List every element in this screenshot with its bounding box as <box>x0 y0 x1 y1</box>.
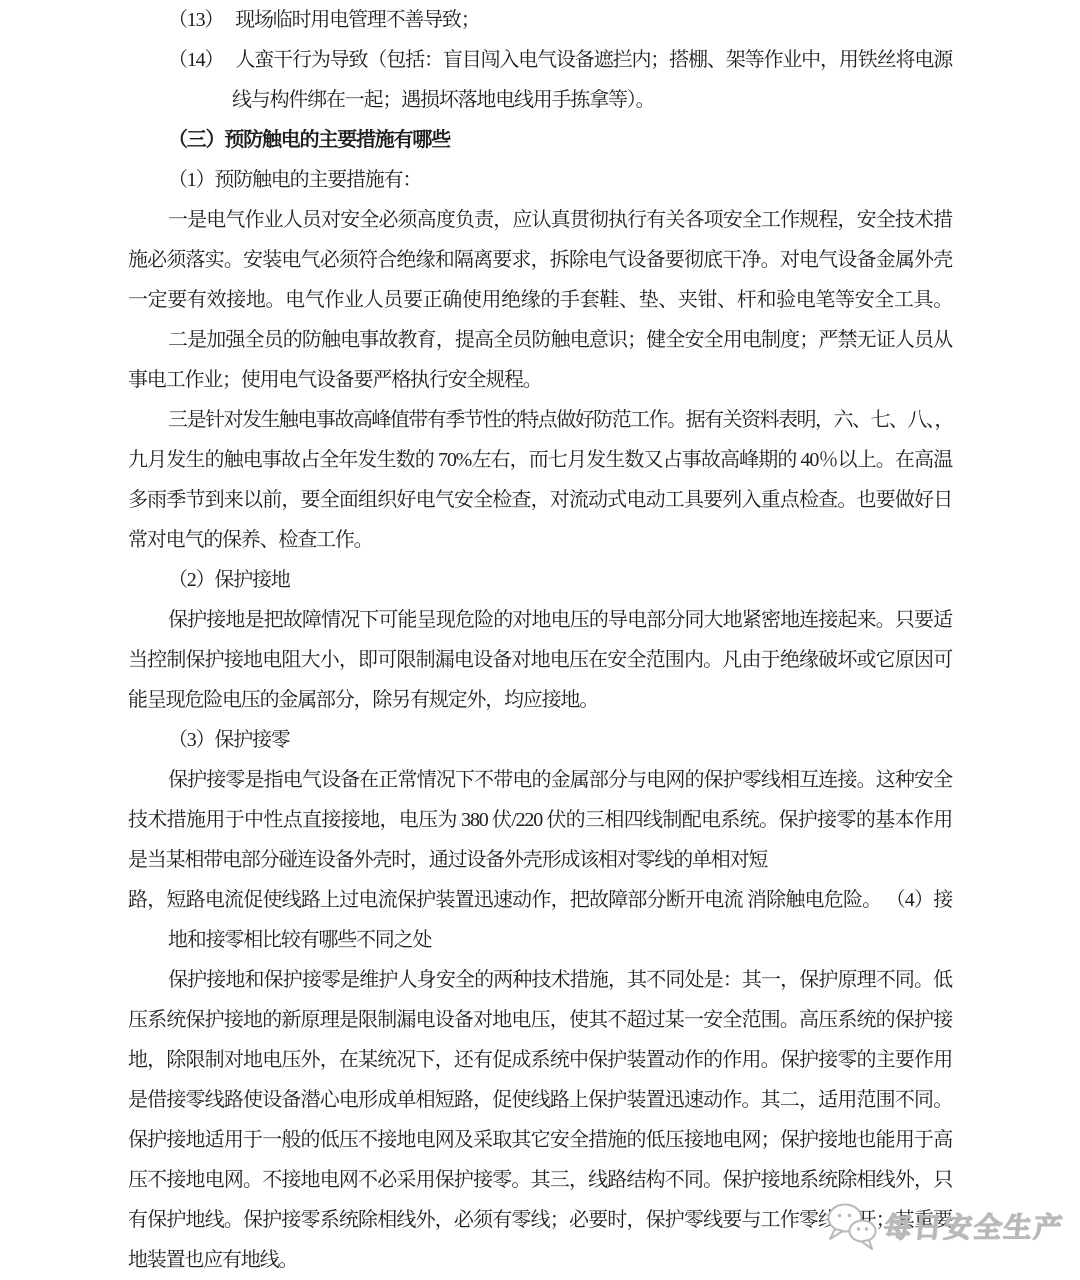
paragraph-line: 三是针对发生触电事故高峰值带有季节性的特点做好防范工作。据有关资料表明，六、七、… <box>128 400 952 440</box>
paragraph-line: 施必须落实。安装电气必须符合绝缘和隔离要求，拆除电气设备要彻底干净。对电气设备金… <box>128 240 952 280</box>
list-item-14: （14）人蛮干行为导致（包括：盲目闯入电气设备遮拦内；搭棚、架等作业中，用铁丝将… <box>128 40 952 80</box>
paragraph-line: 多雨季节到来以前，要全面组织好电气安全检查，对流动式电动工具要列入重点检查。也要… <box>128 480 952 520</box>
paragraph-line: 是借接零线路使设备潜心电形成单相短路，促使线路上保护装置迅速动作。其二，适用范围… <box>128 1080 952 1120</box>
sub-heading-4: 地和接零相比较有哪些不同之处 <box>128 920 952 960</box>
section-heading: （三）预防触电的主要措施有哪些 <box>128 120 952 160</box>
paragraph-line: 保护接地和保护接零是维护人身安全的两种技术措施，其不同处是：其一，保护原理不同。… <box>128 960 952 1000</box>
paragraph-line: 压不接地电网。不接地电网不必采用保护接零。其三，线路结构不同。保护接地系统除相线… <box>128 1160 952 1200</box>
item-number: （14） <box>168 49 223 71</box>
paragraph-line: 能呈现危险电压的金属部分，除另有规定外，均应接地。 <box>128 680 952 720</box>
paragraph-line: 一是电气作业人员对安全必须高度负责，应认真贯彻执行有关各项安全工作规程，安全技术… <box>128 200 952 240</box>
paragraph-line: 九月发生的触电事故占全年发生数的 70%左右，而七月发生数又占事故高峰期的 40… <box>128 440 952 480</box>
paragraph-line: 一定要有效接地。电气作业人员要正确使用绝缘的手套鞋、垫、夹钳、杆和验电笔等安全工… <box>128 280 952 320</box>
paragraph-line: 技术措施用于中性点直接接地，电压为 380 伏/220 伏的三相四线制配电系统。… <box>128 800 952 840</box>
item-number: （13） <box>168 9 223 31</box>
document-page: （13）现场临时用电管理不善导致； （14）人蛮干行为导致（包括：盲目闯入电气设… <box>0 0 1080 1280</box>
item-text: 现场临时用电管理不善导致； <box>235 9 479 31</box>
paragraph-line: 保护接零是指电气设备在正常情况下不带电的金属部分与电网的保护零线相互连接。这种安… <box>128 760 952 800</box>
paragraph-line: 二是加强全员的防触电事故教育，提高全员防触电意识；健全安全用电制度；严禁无证人员… <box>128 320 952 360</box>
paragraph-line: 压系统保护接地的新原理是限制漏电设备对地电压，使其不超过某一安全范围。高压系统的… <box>128 1000 952 1040</box>
paragraph-line: 保护接地适用于一般的低压不接地电网及采取其它安全措施的低压接地电网；保护接地也能… <box>128 1120 952 1160</box>
list-item-13: （13）现场临时用电管理不善导致； <box>128 0 952 40</box>
list-item-14-continuation: 线与构件绑在一起；遇损坏落地电线用手拣拿等）。 <box>128 80 952 120</box>
publisher-watermark: 每日安全生产 <box>824 1198 1064 1254</box>
paragraph-line: 常对电气的保养、检查工作。 <box>128 520 952 560</box>
paragraph-line: 当控制保护接地电阻大小，即可限制漏电设备对地电压在安全范围内。凡由于绝缘破坏或它… <box>128 640 952 680</box>
sub-heading-2: （2）保护接地 <box>128 560 952 600</box>
paragraph-line: 路，短路电流促使线路上过电流保护装置迅速动作，把故障部分断开电流 消除触电危险。… <box>128 880 952 920</box>
sub-heading-3: （3）保护接零 <box>128 720 952 760</box>
sub-heading-1: （1）预防触电的主要措施有： <box>128 160 952 200</box>
paragraph-line: 是当某相带电部分碰连设备外壳时，通过设备外壳形成该相对零线的单相对短 <box>128 840 952 880</box>
paragraph-line: 保护接地是把故障情况下可能呈现危险的对地电压的导电部分同大地紧密地连接起来。只要… <box>128 600 952 640</box>
watermark-text: 每日安全生产 <box>882 1206 1066 1246</box>
paragraph-line: 事电工作业；使用电气设备要严格执行安全规程。 <box>128 360 952 400</box>
item-text: 人蛮干行为导致（包括：盲目闯入电气设备遮拦内；搭棚、架等作业中，用铁丝将电源 <box>235 49 952 71</box>
paragraph-line: 地，除限制对地电压外，在某统况下，还有促成系统中保护装置动作的作用。保护接零的主… <box>128 1040 952 1080</box>
wechat-bubbles-icon <box>824 1198 880 1254</box>
